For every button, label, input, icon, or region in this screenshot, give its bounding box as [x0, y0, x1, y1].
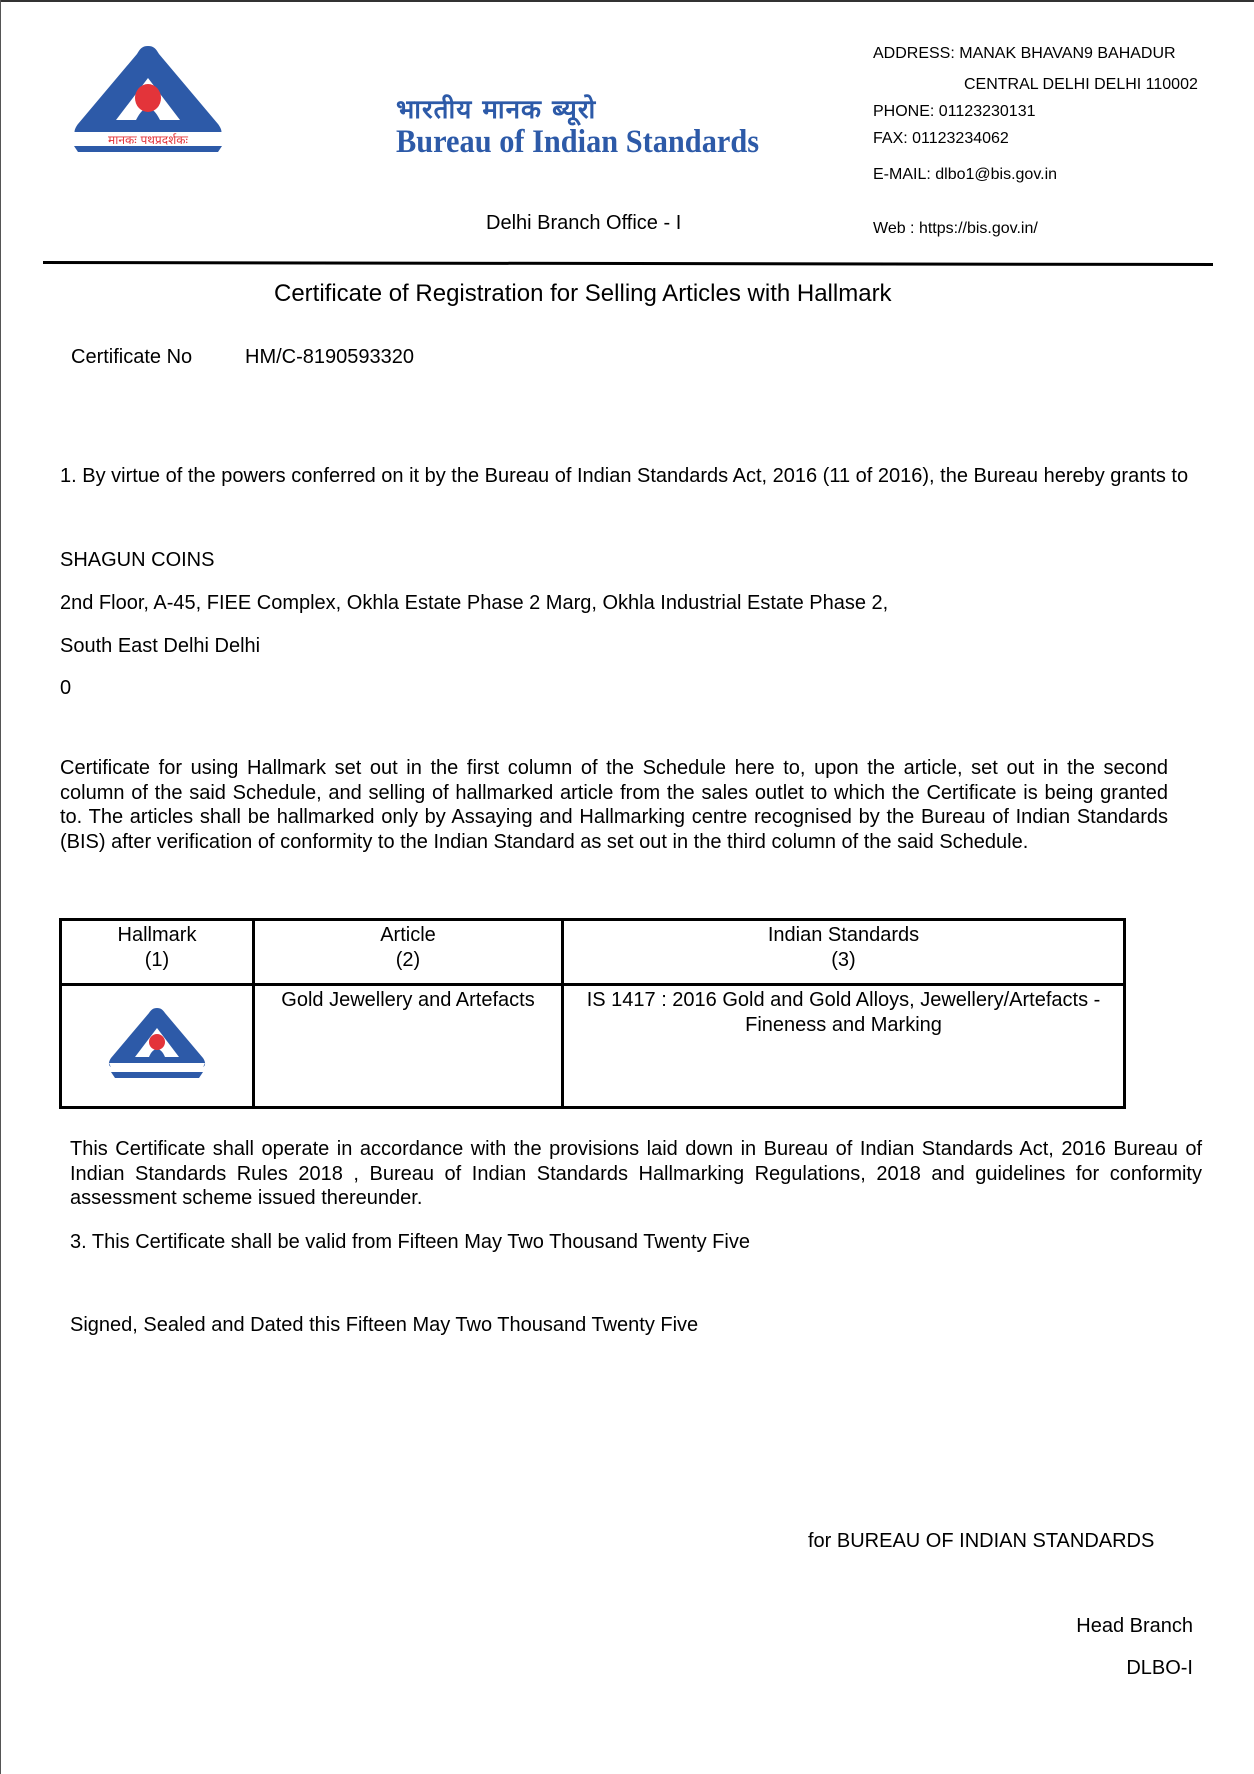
bis-logo: मानकः पथप्रदर्शकः: [68, 44, 228, 156]
schedule-intro: Certificate for using Hallmark set out i…: [60, 756, 1168, 854]
branch-office: Delhi Branch Office - I: [486, 212, 681, 235]
header-divider: [43, 261, 1213, 266]
header-number: (2): [259, 948, 557, 973]
contact-phone: PHONE: 01123230131: [873, 103, 1035, 121]
page-top-border: [0, 0, 1254, 2]
cell-article: Gold Jewellery and Artefacts: [254, 985, 563, 1108]
signature-for-org: for BUREAU OF INDIAN STANDARDS: [808, 1530, 1154, 1553]
header-article: Article (2): [254, 920, 563, 985]
standard-line: Fineness and Marking: [568, 1013, 1119, 1038]
contact-address-line1: ADDRESS: MANAK BHAVAN9 BAHADUR: [873, 45, 1176, 63]
operation-clause: This Certificate shall operate in accord…: [70, 1137, 1202, 1211]
header-title: Article: [259, 923, 557, 948]
signature-designation: Head Branch: [1076, 1615, 1193, 1638]
grantee-address-line2: South East Delhi Delhi: [60, 635, 260, 658]
cell-indian-standard: IS 1417 : 2016 Gold and Gold Alloys, Jew…: [563, 985, 1125, 1108]
grantee-name: SHAGUN COINS: [60, 549, 214, 572]
contact-fax: FAX: 01123234062: [873, 130, 1009, 148]
grantee-address-line3: 0: [60, 677, 71, 700]
certificate-title: Certificate of Registration for Selling …: [274, 280, 892, 308]
header-hallmark: Hallmark (1): [61, 920, 254, 985]
signature-office-code: DLBO-I: [1126, 1657, 1193, 1680]
grantee-address-line1: 2nd Floor, A-45, FIEE Complex, Okhla Est…: [60, 592, 888, 615]
header-title: Indian Standards: [568, 923, 1119, 948]
header-number: (3): [568, 948, 1119, 973]
svg-text:मानकः पथप्रदर्शकः: मानकः पथप्रदर्शकः: [108, 133, 188, 147]
certificate-number-value: HM/C-8190593320: [245, 346, 414, 369]
standard-line: IS 1417 : 2016 Gold and Gold Alloys, Jew…: [568, 988, 1119, 1013]
clause-1: 1. By virtue of the powers conferred on …: [60, 464, 1194, 489]
header-indian-standards: Indian Standards (3): [563, 920, 1125, 985]
contact-address-line2: CENTRAL DELHI DELHI 110002: [964, 76, 1198, 94]
signed-clause: Signed, Sealed and Dated this Fifteen Ma…: [70, 1314, 698, 1337]
org-name-english: Bureau of Indian Standards: [396, 124, 759, 161]
validity-clause: 3. This Certificate shall be valid from …: [70, 1231, 750, 1254]
bis-logo-icon: मानकः पथप्रदर्शकः: [68, 44, 228, 156]
org-name-hindi: भारतीय मानक ब्यूरो: [396, 90, 596, 126]
header-number: (1): [66, 948, 248, 973]
table-header-row: Hallmark (1) Article (2) Indian Standard…: [61, 920, 1125, 985]
contact-web[interactable]: Web : https://bis.gov.in/: [873, 220, 1038, 238]
header-title: Hallmark: [66, 923, 248, 948]
page-left-border: [0, 0, 1, 1774]
cell-hallmark: [61, 985, 254, 1108]
contact-email[interactable]: E-MAIL: dlbo1@bis.gov.in: [873, 166, 1057, 184]
table-row: Gold Jewellery and Artefacts IS 1417 : 2…: [61, 985, 1125, 1108]
certificate-number-label: Certificate No: [71, 346, 192, 369]
schedule-table: Hallmark (1) Article (2) Indian Standard…: [59, 918, 1126, 1109]
bis-hallmark-icon: [105, 1006, 209, 1082]
